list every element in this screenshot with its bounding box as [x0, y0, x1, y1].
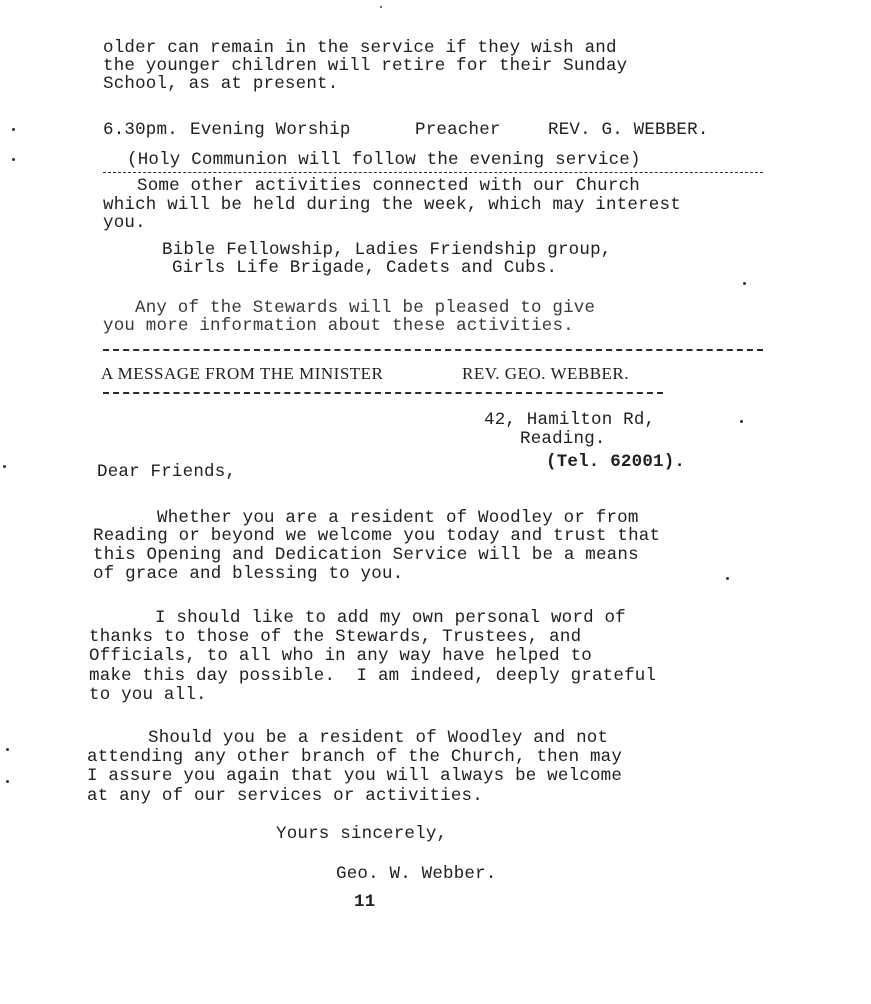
letter-line: Should you be a resident of Woodley and … — [148, 728, 608, 748]
scan-speck — [3, 465, 6, 468]
minister-name: REV. GEO. WEBBER. — [462, 364, 629, 384]
address-phone: (Tel. 62001). — [546, 452, 685, 472]
preacher-label: Preacher — [415, 120, 501, 140]
address-line: Reading. — [520, 429, 606, 449]
letter-line: thanks to those of the Stewards, Trustee… — [89, 627, 581, 647]
scan-speck — [6, 780, 9, 783]
activities-line: you. — [103, 213, 146, 233]
activities-list-item: Girls Life Brigade, Cadets and Cubs. — [172, 258, 557, 278]
scan-speck — [12, 158, 15, 161]
scan-speck — [743, 282, 746, 285]
letter-line: this Opening and Dedication Service will… — [93, 545, 639, 565]
letter-line: make this day possible. I am indeed, dee… — [89, 666, 656, 686]
scan-speck — [6, 748, 9, 751]
stewards-line: you more information about these activit… — [103, 316, 574, 336]
service-time: 6.30pm. — [103, 120, 178, 140]
salutation: Dear Friends, — [97, 462, 236, 482]
activities-line: Some other activities connected with our… — [137, 176, 640, 196]
activities-list-item: Bible Fellowship, Ladies Friendship grou… — [162, 240, 611, 260]
signature: Geo. W. Webber. — [336, 864, 497, 884]
scan-speck — [380, 6, 382, 8]
letter-line: attending any other branch of the Church… — [87, 747, 622, 767]
letter-line: I assure you again that you will always … — [87, 766, 622, 786]
letter-line: of grace and blessing to you. — [93, 564, 403, 584]
letter-line: at any of our services or activities. — [87, 786, 483, 806]
service-title: Evening Worship — [190, 120, 351, 140]
scan-speck — [726, 577, 729, 580]
preacher-name: REV. G. WEBBER. — [548, 120, 709, 140]
intro-line: the younger children will retire for the… — [103, 56, 627, 76]
address-line: 42, Hamilton Rd, — [484, 410, 655, 430]
stewards-line: Any of the Stewards will be pleased to g… — [135, 298, 595, 318]
scan-speck — [12, 128, 15, 131]
communion-note: (Holy Communion will follow the evening … — [127, 150, 641, 170]
letter-line: I should like to add my own personal wor… — [155, 608, 626, 628]
letter-line: to you all. — [89, 685, 207, 705]
page-number: 11 — [354, 892, 375, 912]
letter-line: Reading or beyond we welcome you today a… — [93, 526, 660, 546]
closing: Yours sincerely, — [276, 824, 447, 844]
letter-line: Whether you are a resident of Woodley or… — [157, 508, 639, 528]
intro-line: School, as at present. — [103, 74, 338, 94]
intro-line: older can remain in the service if they … — [103, 38, 617, 58]
heading-underline — [103, 392, 663, 394]
communion-underline — [103, 172, 763, 173]
scan-speck — [740, 420, 743, 423]
section-divider — [103, 349, 763, 351]
message-title: A MESSAGE FROM THE MINISTER — [101, 364, 383, 384]
letter-line: Officials, to all who in any way have he… — [89, 646, 592, 666]
activities-line: which will be held during the week, whic… — [103, 195, 681, 215]
